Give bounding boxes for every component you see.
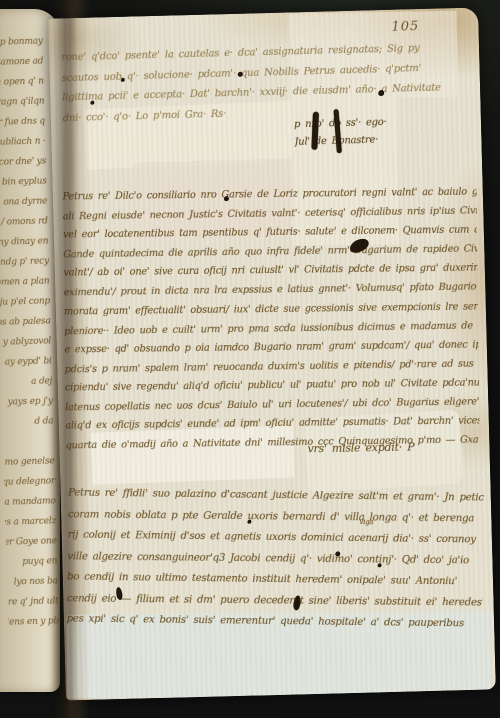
manuscript-line-fragment: a ryltamone ad' (0, 56, 49, 78)
manuscript-line-fragment: nndg p' recy (0, 256, 54, 278)
manuscript-line-fragment: es a marcelz (5, 516, 60, 538)
manuscript-line-fragment: puyq en (6, 556, 60, 578)
manuscript-line-fragment: o pragn q'ilqn (0, 96, 50, 118)
manuscript-line: vrs' misle expdit· P (307, 438, 477, 457)
manuscript-line-fragment: ona dyrne (0, 196, 53, 218)
manuscript-line: ville algezire consanguineor'q3 Jacobi c… (67, 546, 483, 571)
ink-blot (378, 563, 382, 567)
manuscript-line-fragment: re q' jnd ult (7, 596, 60, 618)
manuscript-line-fragment: er Goye one' (6, 536, 60, 558)
manuscript-line: viga (359, 518, 399, 526)
manuscript-line-fragment: t eop bonmay (0, 36, 48, 58)
entry-main: Petrus re' Dilc'o consiliario nro Garsie… (62, 182, 479, 454)
manuscript-line-fragment: y ablyzovol (0, 336, 57, 358)
manuscript-line-fragment: · publiach n' (0, 136, 51, 158)
manuscript-line-fragment: ony dinay en (0, 236, 54, 258)
interlinear-note: viga (359, 518, 399, 526)
manuscript-line-fragment: bin eyplus (0, 176, 52, 198)
manuscript-line-fragment: qu delegnor (4, 476, 60, 498)
manuscript-line-fragment: n- cor dne' ys (0, 156, 52, 178)
manuscript-line-fragment: en open q' n (0, 76, 49, 98)
ink-blot (224, 196, 229, 201)
manuscript-line: coram nobis oblata p pte Geralde uxoris … (68, 504, 484, 529)
manuscript-line-fragment: ens en y pb' (8, 616, 60, 638)
manuscript-line-fragment: a mandamo (4, 496, 60, 518)
manuscript-line: cendij eio — filium et si dm' puero dece… (67, 588, 483, 613)
manuscript-line-fragment: ju p'el conp (0, 296, 55, 318)
manuscript-photo: t eop bonmaya ryltamone ad'en open q' no… (0, 0, 500, 718)
expedit-note: vrs' misle expdit· P (307, 438, 477, 457)
manuscript-line-fragment: lyo nos ba (7, 576, 60, 598)
manuscript-line-fragment (3, 436, 60, 458)
ink-blot (90, 101, 94, 105)
manuscript-line-fragment: nomen a plan (0, 276, 55, 298)
entry-bottom: Petrus re' ffidli' suo palazino d'cascan… (66, 482, 484, 634)
manuscript-line-fragment: ay eypd' bi (1, 356, 58, 378)
manuscript-line-fragment: mo genelse (3, 456, 60, 478)
ink-blot (247, 520, 251, 524)
manuscript-line-fragment: y / omons rd' (0, 216, 53, 238)
folio-number: 105 (391, 19, 419, 35)
manuscript-line-fragment: os ab palesa (0, 316, 56, 338)
ink-blot (238, 72, 243, 77)
manuscript-page: 105 rone' q'dco' psente' la cautelas e· … (48, 7, 496, 700)
manuscript-line-fragment: yays ep j'y (2, 396, 59, 418)
manuscript-line-fragment: d da (2, 416, 59, 438)
manuscript-line-fragment: r fue dns q' (0, 116, 50, 138)
manuscript-line-fragment: a dej (1, 376, 58, 398)
ink-blot (121, 78, 125, 82)
